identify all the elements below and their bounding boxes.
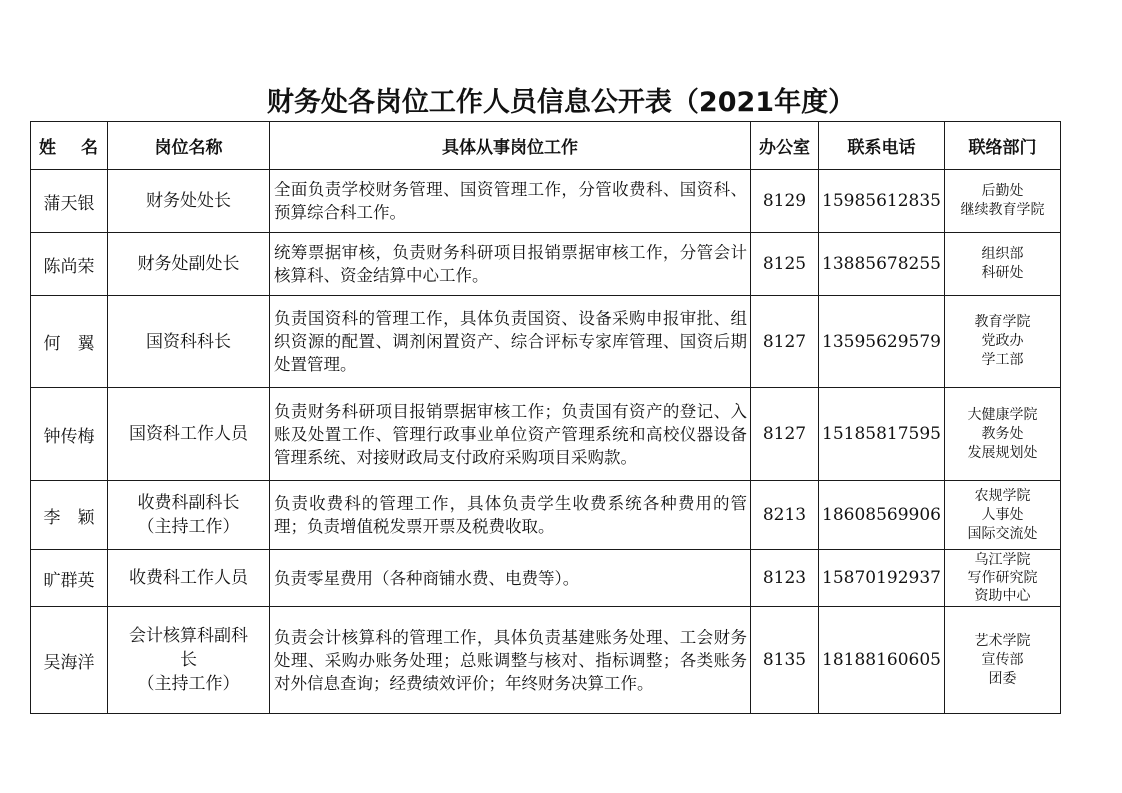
table-row: 陈尚荣 财务处副处长 统筹票据审核，负责财务科研项目报销票据审核工作，分管会计核… [31, 233, 1061, 296]
cell-office: 8125 [751, 233, 819, 296]
table-row: 旷群英 收费科工作人员 负责零星费用（各种商铺水费、电费等）。 8123 158… [31, 550, 1061, 607]
cell-position: 财务处处长 [108, 170, 270, 233]
cell-office: 8135 [751, 607, 819, 714]
cell-dept: 艺术学院宣传部团委 [945, 607, 1061, 714]
header-row: 姓 名 岗位名称 具体从事岗位工作 办公室 联系电话 联络部门 [31, 122, 1061, 170]
cell-office: 8129 [751, 170, 819, 233]
header-duty: 具体从事岗位工作 [270, 122, 751, 170]
cell-phone: 18608569906 [819, 481, 945, 550]
cell-duty: 负责财务科研项目报销票据审核工作；负责国有资产的登记、入账及处置工作、管理行政事… [270, 388, 751, 481]
cell-dept: 乌江学院写作研究院资助中心 [945, 550, 1061, 607]
cell-phone: 13595629579 [819, 296, 945, 388]
cell-position: 收费科工作人员 [108, 550, 270, 607]
cell-phone: 15985612835 [819, 170, 945, 233]
header-dept: 联络部门 [945, 122, 1061, 170]
header-name: 姓 名 [31, 122, 108, 170]
cell-duty: 统筹票据审核，负责财务科研项目报销票据审核工作，分管会计核算科、资金结算中心工作… [270, 233, 751, 296]
cell-dept: 农规学院人事处国际交流处 [945, 481, 1061, 550]
header-office: 办公室 [751, 122, 819, 170]
cell-dept: 教育学院党政办学工部 [945, 296, 1061, 388]
header-position: 岗位名称 [108, 122, 270, 170]
cell-office: 8213 [751, 481, 819, 550]
staff-info-table: 姓 名 岗位名称 具体从事岗位工作 办公室 联系电话 联络部门 蒲天银 财务处处… [30, 121, 1061, 714]
cell-dept: 后勤处继续教育学院 [945, 170, 1061, 233]
cell-name: 旷群英 [31, 550, 108, 607]
cell-name: 李 颖 [31, 481, 108, 550]
cell-office: 8127 [751, 388, 819, 481]
cell-office: 8123 [751, 550, 819, 607]
cell-phone: 13885678255 [819, 233, 945, 296]
cell-duty: 全面负责学校财务管理、国资管理工作，分管收费科、国资科、预算综合科工作。 [270, 170, 751, 233]
cell-name: 陈尚荣 [31, 233, 108, 296]
cell-phone: 18188160605 [819, 607, 945, 714]
cell-position: 会计核算科副科长（主持工作） [108, 607, 270, 714]
document-title: 财务处各岗位工作人员信息公开表（2021年度） [0, 80, 1122, 119]
cell-office: 8127 [751, 296, 819, 388]
cell-name: 钟传梅 [31, 388, 108, 481]
cell-phone: 15870192937 [819, 550, 945, 607]
cell-position: 国资科科长 [108, 296, 270, 388]
table-row: 吴海洋 会计核算科副科长（主持工作） 负责会计核算科的管理工作，具体负责基建账务… [31, 607, 1061, 714]
cell-duty: 负责收费科的管理工作，具体负责学生收费系统各种费用的管理；负责增值税发票开票及税… [270, 481, 751, 550]
cell-phone: 15185817595 [819, 388, 945, 481]
cell-dept: 组织部科研处 [945, 233, 1061, 296]
cell-dept: 大健康学院教务处发展规划处 [945, 388, 1061, 481]
table-row: 蒲天银 财务处处长 全面负责学校财务管理、国资管理工作，分管收费科、国资科、预算… [31, 170, 1061, 233]
table-row: 钟传梅 国资科工作人员 负责财务科研项目报销票据审核工作；负责国有资产的登记、入… [31, 388, 1061, 481]
table-row: 李 颖 收费科副科长（主持工作） 负责收费科的管理工作，具体负责学生收费系统各种… [31, 481, 1061, 550]
header-phone: 联系电话 [819, 122, 945, 170]
table-row: 何 翼 国资科科长 负责国资科的管理工作，具体负责国资、设备采购申报审批、组织资… [31, 296, 1061, 388]
cell-duty: 负责零星费用（各种商铺水费、电费等）。 [270, 550, 751, 607]
cell-name: 何 翼 [31, 296, 108, 388]
cell-name: 蒲天银 [31, 170, 108, 233]
cell-position: 国资科工作人员 [108, 388, 270, 481]
cell-position: 财务处副处长 [108, 233, 270, 296]
cell-duty: 负责国资科的管理工作，具体负责国资、设备采购申报审批、组织资源的配置、调剂闲置资… [270, 296, 751, 388]
cell-name: 吴海洋 [31, 607, 108, 714]
cell-duty: 负责会计核算科的管理工作，具体负责基建账务处理、工会财务处理、采购办账务处理；总… [270, 607, 751, 714]
cell-position: 收费科副科长（主持工作） [108, 481, 270, 550]
